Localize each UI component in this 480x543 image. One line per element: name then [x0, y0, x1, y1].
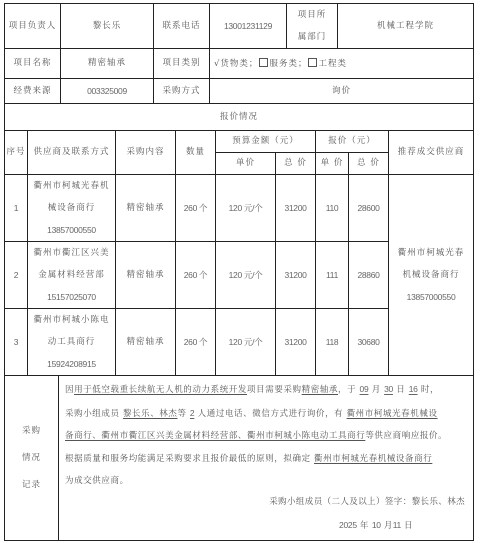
record-purpose: 用于低空载重长续航无人机的动力系统开发: [74, 385, 247, 395]
col-header-quote-total: 总 价: [349, 153, 389, 175]
col-header-quantity: 数量: [176, 131, 216, 175]
quote-section-title: 报价情况: [5, 104, 474, 131]
checkbox-service-icon: [259, 58, 268, 67]
record-text: 根据质量和服务均能满足采购要求且报价最低的原则，拟确定: [65, 454, 314, 464]
record-hour: 16: [409, 384, 418, 394]
recommended-line1: 衢州市柯城光春: [389, 242, 473, 264]
col-header-content: 采购内容: [116, 131, 176, 175]
row-quantity: 260 个: [176, 242, 216, 309]
category-label: 项目类别: [154, 49, 210, 79]
record-text: 日: [393, 385, 409, 395]
procurement-method-label: 采购方式: [154, 79, 210, 104]
record-text: 为成交供应商。: [65, 476, 129, 486]
row-content: 精密轴承: [116, 175, 176, 242]
quotes-table: 序号 供应商及联系方式 采购内容 数量 预算金额（元） 报价（元） 推荐成交供应…: [4, 130, 474, 376]
record-label-line2: 情况: [5, 445, 58, 472]
recommended-supplier: 衢州市柯城光春 机械设备商行 13857000550: [389, 175, 474, 376]
phone-label: 联系电话: [154, 4, 210, 49]
supplier-name-line2: 动工具商行: [28, 331, 115, 353]
col-header-quote: 报价（元）: [316, 131, 389, 153]
date-year: 2025: [339, 520, 357, 530]
category-engineering-label: 工程类: [318, 59, 347, 69]
record-text: 人通过电话、微信方式进行询价，有: [194, 409, 346, 419]
row-supplier: 衢州市柯城小陈电 动工具商行 15924208915: [28, 309, 116, 376]
row-supplier: 衢州市柯城光春机 械设备商行 13857000550: [28, 175, 116, 242]
category-options: √货物类；服务类；工程类: [210, 49, 474, 79]
supplier-name-line1: 衢州市柯城光春机: [28, 175, 115, 197]
supplier-name-line1: 衢州市衢江区兴美: [28, 242, 115, 264]
record-item: 精密轴承: [302, 385, 338, 395]
record-label-line1: 采购: [5, 418, 58, 445]
row-content: 精密轴承: [116, 309, 176, 376]
row-quote-total: 30680: [349, 309, 389, 376]
record-label-line3: 记录: [5, 472, 58, 499]
date-year-label: 年: [360, 521, 369, 531]
fund-source-label: 经费来源: [5, 79, 61, 104]
record-suppliers: 衢州市柯城光春机械设: [347, 409, 438, 419]
supplier-phone: 15157025070: [28, 286, 115, 308]
procurement-inquiry-form: 项目负责人 黎长乐 联系电话 13001231129 项目所 属部门 机械工程学…: [4, 3, 473, 538]
record-content: 因用于低空载重长续航无人机的动力系统开发项目需要采购精密轴承，于 09 月 30…: [59, 376, 474, 541]
category-service-label: 服务类；: [269, 59, 307, 69]
row-seq: 3: [5, 309, 28, 376]
record-members: 黎长乐、林杰: [123, 409, 178, 419]
record-text: 月: [368, 385, 384, 395]
supplier-phone: 13857000550: [28, 219, 115, 241]
department-label-line1: 项目所: [287, 4, 337, 26]
row-seq: 1: [5, 175, 28, 242]
record-label: 采购 情况 记录: [5, 376, 59, 541]
record-winner: 衢州市柯城光春机械设备商行: [314, 454, 432, 464]
row-supplier: 衢州市衢江区兴美 金属材料经营部 15157025070: [28, 242, 116, 309]
record-text: 因: [65, 385, 74, 395]
row-budget-unit: 120 元/个: [216, 242, 276, 309]
record-text: 等: [178, 409, 190, 419]
col-header-quote-unit: 单 价: [316, 153, 349, 175]
row-budget-total: 31200: [276, 175, 316, 242]
row-budget-total: 31200: [276, 309, 316, 376]
record-text: 时，: [418, 385, 440, 395]
phone-value: 13001231129: [210, 4, 287, 49]
project-name-value: 精密轴承: [61, 49, 154, 79]
row-quote-total: 28860: [349, 242, 389, 309]
record-paragraph: 因用于低空载重长续航无人机的动力系统开发项目需要采购精密轴承，于 09 月 30…: [65, 378, 467, 493]
project-info-table: 项目负责人 黎长乐 联系电话 13001231129 项目所 属部门 机械工程学…: [4, 3, 474, 131]
record-text: 项目需要采购: [247, 385, 302, 395]
supplier-name-line1: 衢州市柯城小陈电: [28, 309, 115, 331]
row-quote-unit: 111: [316, 242, 349, 309]
row-seq: 2: [5, 242, 28, 309]
department-label-line2: 属部门: [287, 26, 337, 48]
project-leader-value: 黎长乐: [61, 4, 154, 49]
row-budget-total: 31200: [276, 242, 316, 309]
row-content: 精密轴承: [116, 242, 176, 309]
record-suppliers-cont: 备商行、衢州市衢江区兴美金属材料经营部、衢州市柯城小陈电动工具商行: [65, 431, 365, 441]
date-day-label: 日: [404, 521, 413, 531]
procurement-method-value: 询价: [210, 79, 474, 104]
col-header-seq: 序号: [5, 131, 28, 175]
fund-source-value: 003325009: [61, 79, 154, 104]
category-goods-label: 货物类；: [220, 59, 258, 69]
record-text: 等供应商响应报价。: [365, 431, 447, 441]
department-label: 项目所 属部门: [287, 4, 338, 49]
supplier-name-line2: 金属材料经营部: [28, 264, 115, 286]
row-quote-unit: 118: [316, 309, 349, 376]
row-budget-unit: 120 元/个: [216, 309, 276, 376]
date-day: 11: [393, 520, 401, 530]
row-quote-unit: 110: [316, 175, 349, 242]
checkbox-engineering-icon: [308, 58, 317, 67]
record-text: ，于: [338, 385, 360, 395]
signature-line: 采购小组成员（二人及以上）签字：黎长乐、林杰: [269, 491, 465, 514]
supplier-name-line2: 械设备商行: [28, 197, 115, 219]
record-day: 30: [384, 384, 393, 394]
col-header-recommended: 推荐成交供应商: [389, 131, 474, 175]
procurement-record-table: 采购 情况 记录 因用于低空载重长续航无人机的动力系统开发项目需要采购精密轴承，…: [4, 375, 474, 541]
department-value: 机械工程学院: [338, 4, 474, 49]
table-row: 1 衢州市柯城光春机 械设备商行 13857000550 精密轴承 260 个 …: [5, 175, 474, 242]
row-budget-unit: 120 元/个: [216, 175, 276, 242]
recommended-line2: 机械设备商行: [389, 264, 473, 286]
col-header-budget-total: 总 价: [276, 153, 316, 175]
date-month: 10: [372, 520, 381, 530]
recommended-phone: 13857000550: [389, 286, 473, 308]
signature-date: 2025 年 10 月11 日: [339, 514, 413, 538]
row-quantity: 260 个: [176, 175, 216, 242]
row-quote-total: 28600: [349, 175, 389, 242]
col-header-supplier: 供应商及联系方式: [28, 131, 116, 175]
record-text: 采购小组成员: [65, 409, 123, 419]
supplier-phone: 15924208915: [28, 353, 115, 375]
project-name-label: 项目名称: [5, 49, 61, 79]
date-month-label: 月: [384, 521, 393, 531]
col-header-budget-unit: 单价: [216, 153, 276, 175]
row-quantity: 260 个: [176, 309, 216, 376]
project-leader-label: 项目负责人: [5, 4, 61, 49]
col-header-budget: 预算金额（元）: [216, 131, 316, 153]
